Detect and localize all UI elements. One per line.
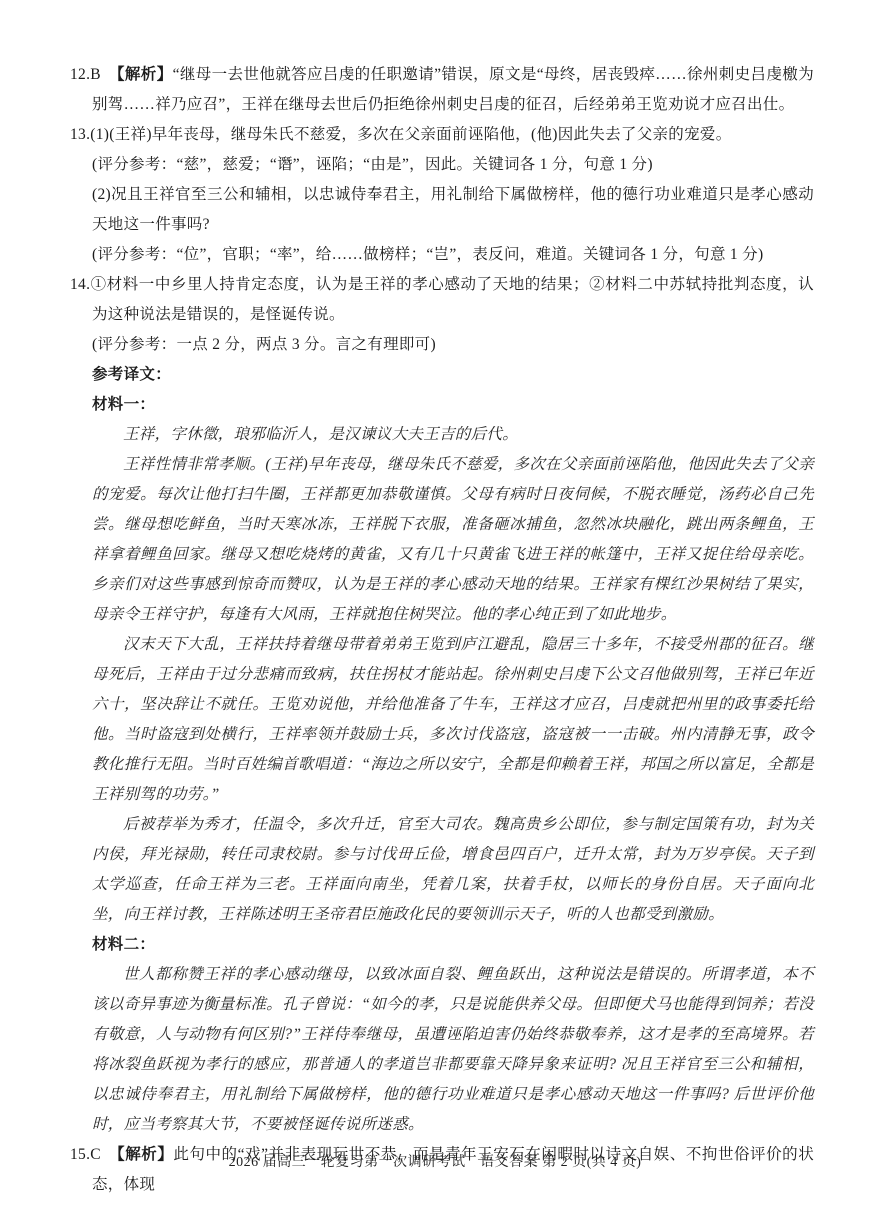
heading-text: 材料二： <box>92 936 155 953</box>
paragraph-text: 汉末天下大乱，王祥扶持着继母带着弟弟王览到庐江避乱，隐居三十多年，不接受州郡的征… <box>92 636 814 803</box>
answer-item-14: 14.①材料一中乡里人持肯定态度，认为是王祥的孝心感动了天地的结果；②材料二中苏… <box>70 270 814 330</box>
footer-text: 2026 届高三一轮复习第一次调研考试 语文答案 第 2 页(共 4 页) <box>229 1155 642 1170</box>
answer-number-14: 14. <box>70 276 90 293</box>
translation-paragraph-1: 王祥，字休徵，琅邪临沂人，是汉谏议大夫王吉的后代。 <box>92 420 814 450</box>
reference-translation-heading: 参考译文： <box>92 360 814 390</box>
answer-text-14: ①材料一中乡里人持肯定态度，认为是王祥的孝心感动了天地的结果；②材料二中苏轼持批… <box>90 276 814 323</box>
answer-text-13-1: (1)(王祥)早年丧母，继母朱氏不慈爱，多次在父亲面前诬陷他，(他)因此失去了父… <box>90 126 731 143</box>
answer-item-13: 13.(1)(王祥)早年丧母，继母朱氏不慈爱，多次在父亲面前诬陷他，(他)因此失… <box>70 120 814 150</box>
answer-sheet-body: 12.B【解析】“继母一去世他就答应吕虔的任职邀请”错误，原文是“母终，居丧毁瘁… <box>70 60 814 1200</box>
analysis-label: 【解析】 <box>109 66 173 83</box>
page-footer: 2026 届高三一轮复习第一次调研考试 语文答案 第 2 页(共 4 页) <box>0 1152 870 1174</box>
paragraph-text: 王祥性情非常孝顺。(王祥)早年丧母，继母朱氏不慈爱，多次在父亲面前诬陷他，他因此… <box>92 456 814 623</box>
answer-text-13-2: (2)况且王祥官至三公和辅相，以忠诚侍奉君主，用礼制给下属做榜样，他的德行功业难… <box>92 180 814 240</box>
heading-text: 材料一： <box>92 396 155 413</box>
answer-number-12: 12.B <box>70 66 101 83</box>
answer-text-13-2-body: (2)况且王祥官至三公和辅相，以忠诚侍奉君主，用礼制给下属做榜样，他的德行功业难… <box>92 186 814 233</box>
paragraph-text: 王祥，字休徵，琅邪临沂人，是汉谏议大夫王吉的后代。 <box>123 426 518 443</box>
scoring-note-14: (评分参考：一点 2 分，两点 3 分。言之有理即可) <box>92 330 814 360</box>
scoring-note-13-1: (评分参考：“慈”，慈爱；“谮”，诬陷；“由是”，因此。关键词各 1 分，句意 … <box>92 150 814 180</box>
material-2-heading: 材料二： <box>92 930 814 960</box>
scoring-note-text: (评分参考：“位”，官职；“率”，给……做榜样；“岂”，表反问，难道。关键词各 … <box>92 246 763 263</box>
scoring-note-13-2: (评分参考：“位”，官职；“率”，给……做榜样；“岂”，表反问，难道。关键词各 … <box>92 240 814 270</box>
paragraph-text: 后被荐举为秀才，任温令，多次升迁，官至大司农。魏高贵乡公即位，参与制定国策有功，… <box>92 816 814 923</box>
heading-text: 参考译文： <box>92 366 171 383</box>
scoring-note-text: (评分参考：“慈”，慈爱；“谮”，诬陷；“由是”，因此。关键词各 1 分，句意 … <box>92 156 653 173</box>
scoring-note-text: (评分参考：一点 2 分，两点 3 分。言之有理即可) <box>92 336 436 353</box>
material-1-heading: 材料一： <box>92 390 814 420</box>
translation-paragraph-3: 汉末天下大乱，王祥扶持着继母带着弟弟王览到庐江避乱，隐居三十多年，不接受州郡的征… <box>92 630 814 810</box>
answer-text-12: “继母一去世他就答应吕虔的任职邀请”错误，原文是“母终，居丧毁瘁……徐州刺史吕虔… <box>92 66 814 113</box>
translation-paragraph-5: 世人都称赞王祥的孝心感动继母，以致冰面自裂、鲤鱼跃出，这种说法是错误的。所谓孝道… <box>92 960 814 1140</box>
answer-number-13: 13. <box>70 126 90 143</box>
translation-paragraph-4: 后被荐举为秀才，任温令，多次升迁，官至大司农。魏高贵乡公即位，参与制定国策有功，… <box>92 810 814 930</box>
paragraph-text: 世人都称赞王祥的孝心感动继母，以致冰面自裂、鲤鱼跃出，这种说法是错误的。所谓孝道… <box>92 966 814 1133</box>
answer-item-12: 12.B【解析】“继母一去世他就答应吕虔的任职邀请”错误，原文是“母终，居丧毁瘁… <box>70 60 814 120</box>
translation-paragraph-2: 王祥性情非常孝顺。(王祥)早年丧母，继母朱氏不慈爱，多次在父亲面前诬陷他，他因此… <box>92 450 814 630</box>
